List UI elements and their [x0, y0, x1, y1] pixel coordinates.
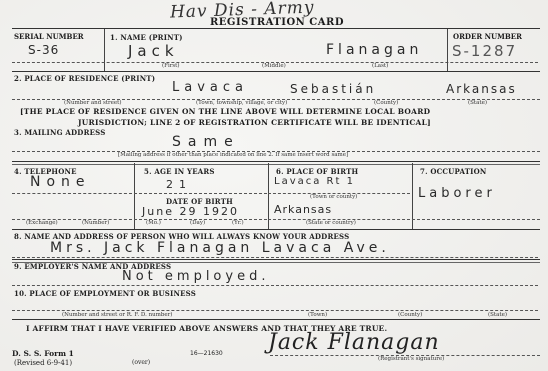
sub-town: (Town, township, village, or city): [196, 100, 287, 106]
employment-place-label: 10. Place of Employment or Business: [14, 289, 196, 298]
form-revised: (Revised 6-9-41): [14, 359, 72, 367]
dob-value[interactable]: June 29 1920: [142, 205, 239, 218]
birthplace-state[interactable]: Arkansas: [274, 203, 332, 216]
printing-code: 16—21630: [190, 350, 223, 357]
sub-mo: (Mo.): [146, 220, 161, 226]
sub-county: (County): [374, 100, 398, 106]
sub-middle: (Middle): [262, 63, 286, 69]
sub-state: (State): [468, 100, 487, 106]
sub-emp-town: (Town): [308, 312, 327, 318]
sub-number: (Number): [82, 220, 109, 226]
sub-emp-street: (Number and street or R. F. D. number): [62, 312, 172, 318]
serial-label: SERIAL NUMBER: [14, 32, 84, 41]
telephone-line: [12, 193, 132, 194]
row4-border: [12, 229, 540, 230]
mailing-value[interactable]: Same: [172, 134, 240, 150]
occupation-value[interactable]: Laborer: [418, 186, 496, 201]
row3-border: [12, 161, 540, 165]
mailing-label: 3. Mailing Address: [14, 128, 106, 137]
residence-notice-2: JURISDICTION; LINE 2 OF REGISTRATION CER…: [78, 118, 431, 127]
name-last[interactable]: Flanagan: [326, 42, 422, 58]
residence-town[interactable]: Lavaca: [172, 80, 248, 95]
occupation-line: [412, 219, 540, 220]
sub-day: (Day): [190, 220, 205, 226]
registration-card: Hav Dis - Army REGISTRATION CARD SERIAL …: [0, 0, 548, 371]
sub-emp-state: (State): [488, 312, 507, 318]
age-line: [134, 193, 267, 194]
sub-birth-state: (State or country): [306, 220, 356, 226]
form-number: D. S. S. Form 1: [12, 349, 74, 358]
sub-street: (Number and street): [64, 100, 122, 106]
contact-line: [12, 257, 538, 258]
row1-border: [12, 71, 540, 72]
residence-notice-1: [THE PLACE OF RESIDENCE GIVEN ON THE LIN…: [20, 107, 430, 116]
row10-border: [12, 319, 540, 320]
signature-sub: (Registrant's signature): [378, 356, 444, 362]
age-label: 5. Age in Years: [144, 167, 215, 176]
sub-exchange: (Exchange): [26, 220, 58, 226]
order-value[interactable]: S-1287: [452, 42, 517, 60]
residence-label: 2. Place of Residence (Print): [14, 74, 155, 83]
contact-value[interactable]: Mrs. Jack Flanagan Lavaca Ave.: [50, 240, 390, 256]
serial-divider: [104, 29, 105, 71]
employment-line: [12, 310, 538, 311]
name-label: 1. Name (Print): [110, 33, 183, 42]
employer-line: [12, 285, 538, 286]
order-divider: [447, 29, 448, 71]
age-value[interactable]: 21: [166, 178, 192, 191]
mailing-sub: [Mailing address if other than place ind…: [118, 152, 348, 158]
employer-value[interactable]: Not employed.: [122, 269, 269, 284]
order-label: ORDER NUMBER: [453, 32, 522, 41]
residence-county[interactable]: Sebastián: [290, 82, 376, 96]
sub-yr: (Yr.): [232, 220, 244, 226]
sub-first: (First): [162, 63, 180, 69]
serial-value[interactable]: S-36: [28, 43, 59, 57]
sub-birth-town: (Town or county): [310, 194, 357, 200]
sub-last: (Last): [372, 63, 388, 69]
signature-value[interactable]: Jack Flanagan: [268, 330, 440, 355]
over-note: (over): [132, 359, 150, 366]
name-first[interactable]: Jack: [128, 42, 179, 60]
top-border: [12, 28, 540, 29]
sub-emp-county: (County): [398, 312, 422, 318]
card-title: REGISTRATION CARD: [210, 17, 344, 28]
birthplace-label: 6. Place of Birth: [276, 167, 358, 176]
telephone-value[interactable]: None: [30, 174, 91, 190]
residence-state[interactable]: Arkansas: [446, 82, 517, 96]
occupation-label: 7. Occupation: [420, 167, 486, 176]
birthplace-town[interactable]: Lavaca Rt 1: [274, 176, 355, 187]
